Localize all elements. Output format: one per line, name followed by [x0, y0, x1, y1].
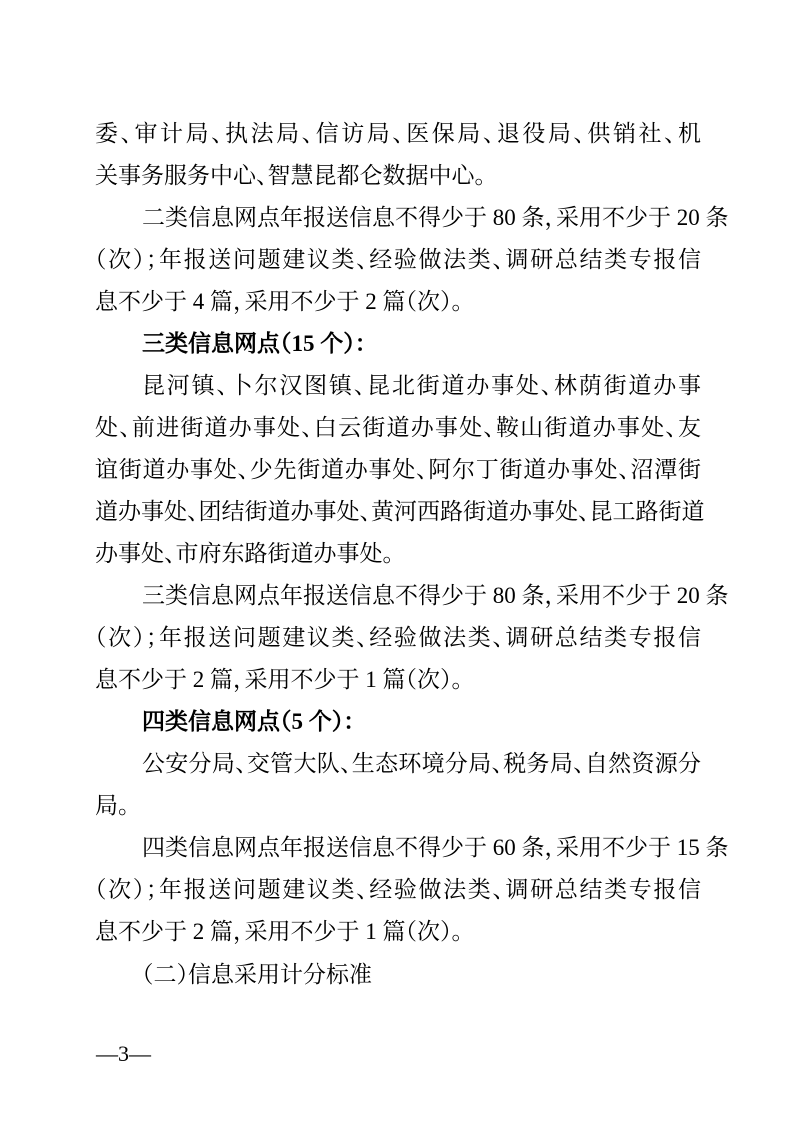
text-line: 息不少于 2 篇，采用不少于 1 篇（次）。 [95, 659, 701, 701]
text-line: 谊街道办事处、少先街道办事处、阿尔丁街道办事处、沼潭街 [95, 449, 701, 491]
text-line: 局。 [95, 785, 701, 827]
text-line: 处、前进街道办事处、白云街道办事处、鞍山街道办事处、友 [95, 407, 701, 449]
text-line: 关事务服务中心、智慧昆都仑数据中心。 [95, 155, 701, 197]
text-line: 办事处、市府东路街道办事处。 [95, 533, 701, 575]
document-body: 委、审计局、执法局、信访局、医保局、退役局、供销社、机 关事务服务中心、智慧昆都… [95, 113, 701, 995]
page-number: —3— [96, 1041, 151, 1067]
heading-class4-nodes: 四类信息网点（5 个）： [95, 701, 701, 743]
text-line: （次）；年报送问题建议类、经验做法类、调研总结类专报信 [95, 869, 701, 911]
text-line: 道办事处、团结街道办事处、黄河西路街道办事处、昆工路街道 [95, 491, 701, 533]
text-line: 公安分局、交管大队、生态环境分局、税务局、自然资源分 [95, 743, 701, 785]
heading-class3-nodes: 三类信息网点（15 个）： [95, 323, 701, 365]
text-line: 息不少于 4 篇，采用不少于 2 篇（次）。 [95, 281, 701, 323]
text-line: 息不少于 2 篇，采用不少于 1 篇（次）。 [95, 911, 701, 953]
heading-scoring-standard: （二）信息采用计分标准 [95, 953, 701, 995]
text-line: 二类信息网点年报送信息不得少于 80 条，采用不少于 20 条 [95, 197, 701, 239]
text-line: 委、审计局、执法局、信访局、医保局、退役局、供销社、机 [95, 113, 701, 155]
text-line: （次）；年报送问题建议类、经验做法类、调研总结类专报信 [95, 617, 701, 659]
text-line: （次）；年报送问题建议类、经验做法类、调研总结类专报信 [95, 239, 701, 281]
text-line: 昆河镇、卜尔汉图镇、昆北街道办事处、林荫街道办事 [95, 365, 701, 407]
text-line: 四类信息网点年报送信息不得少于 60 条，采用不少于 15 条 [95, 827, 701, 869]
text-line: 三类信息网点年报送信息不得少于 80 条，采用不少于 20 条 [95, 575, 701, 617]
